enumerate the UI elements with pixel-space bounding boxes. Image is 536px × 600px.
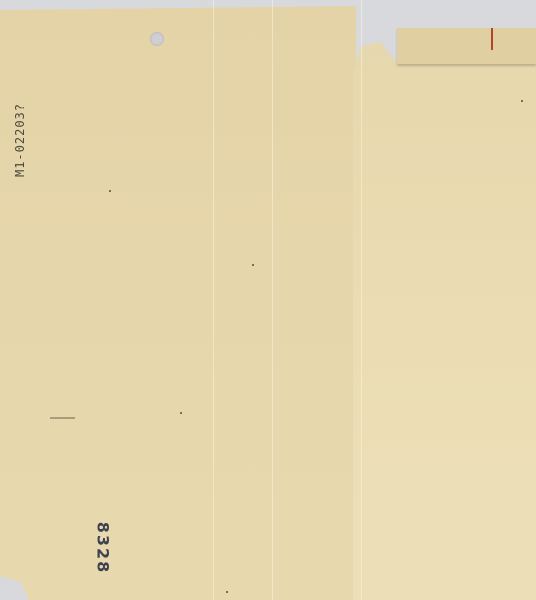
handwritten-reference: M1-02203? (13, 103, 27, 177)
speck (521, 100, 523, 102)
fold-line (272, 0, 273, 600)
fold-line (213, 0, 214, 600)
paper-left-page (0, 6, 356, 600)
stamped-number: 8328 (94, 522, 113, 575)
punch-hole (150, 32, 164, 46)
scanned-document: M1-02203? 8328 (0, 0, 536, 600)
speck (252, 264, 254, 266)
speck (180, 412, 182, 414)
pencil-dash (50, 417, 75, 419)
speck (226, 591, 228, 593)
red-mark (491, 28, 493, 50)
speck (109, 190, 111, 192)
paper-right-page (353, 30, 536, 600)
folded-flap (397, 28, 536, 64)
fold-line (361, 0, 362, 600)
